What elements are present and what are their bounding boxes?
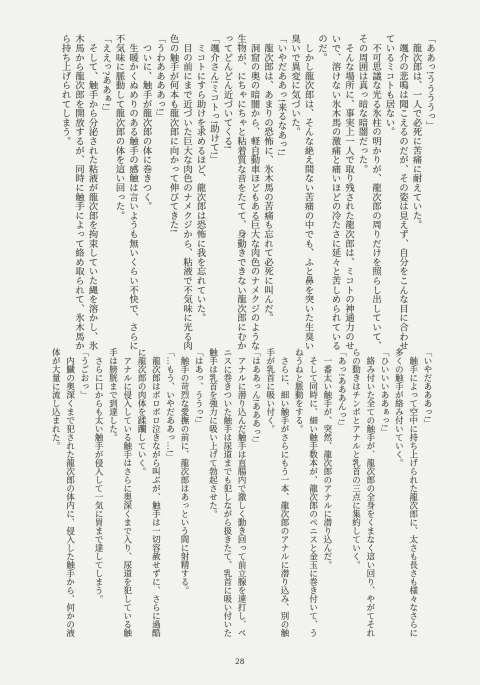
narration-paragraph: そんな場所に、事実上一人で取り残された龍次郎は、ミコトの神通力のせいで、溶けない…	[314, 34, 355, 352]
dialogue-paragraph: 「はああっん!あああっ!」	[249, 348, 263, 638]
upper-text-block: 「ああっ!ううううっ」 龍次郎は、一人で必死に苦痛に耐えていた。 颯介の悲鳴は聞…	[57, 34, 435, 352]
narration-paragraph: 絡み付いた全ての触手が、龍次郎の全身をくまなく這い回り、やがてそれらの動きはチン…	[349, 348, 378, 638]
dialogue-paragraph: 「ええっ?ああぁ!」	[98, 34, 112, 352]
narration-paragraph: 不可思議な光る氷柱の明かりが、龍次郎の周りだけを照らし出していて、その周囲は真っ…	[354, 34, 381, 352]
narration-paragraph: 龍次郎は、一人で必死に苦痛に耐えていた。	[408, 34, 422, 352]
narration-paragraph: アナルに潜り込んだ触手は直腸内で激しく動き回って前立腺を連打し、ペニスに巻きつい…	[206, 348, 249, 638]
dialogue-paragraph: 「いやだあああっ!」	[421, 348, 435, 638]
page-number: 28	[0, 656, 480, 666]
dialogue-paragraph: 「うわああああっ!」	[152, 34, 166, 352]
narration-paragraph: そして、触手から分泌された粘液が龍次郎を拘束していた縄を溶かし、氷木馬から龍次郎…	[57, 34, 98, 352]
dialogue-paragraph: 「あっ!あああんっ!」	[335, 348, 349, 638]
narration-paragraph: ついに、触手が龍次郎の体に巻きつく。	[138, 34, 152, 352]
narration-paragraph: 触手によって空中に持ち上げられた龍次郎に、太さも長さも様々なさらに多くの触手が絡…	[392, 348, 421, 638]
dialogue-paragraph: 「…もう、いやだああっ…!」	[163, 348, 177, 638]
dialogue-paragraph: 「はあっ、ううっ!」	[192, 348, 206, 638]
narration-paragraph: 颯介の悲鳴は聞こえるのだが、その姿は見えず、自分をこんな目に合わせているミコトも…	[381, 34, 408, 352]
dialogue-paragraph: 「颯介さん!ミコトっ!助けて!」	[206, 34, 220, 352]
narration-paragraph: 内臓の奥深くまで犯された龍次郎の体内に、侵入した触手から、何かの液体が大量に流し…	[49, 348, 78, 638]
dialogue-paragraph: 「ああっ!ううううっ」	[422, 34, 436, 352]
dialogue-paragraph: 「ひいいいああぁっ!」	[378, 348, 392, 638]
narration-paragraph: 洞窟の奥の暗闇から、軽自動車ほどもある巨大な肉色のナメクジのような生物が、にちゃ…	[219, 34, 260, 352]
dialogue-paragraph: 「いやだああっ!来るなあっ!」	[273, 34, 287, 352]
narration-paragraph: 龍次郎はボロボロ泣きながら叫ぶが、触手は一切容赦せずに、さらに過酷に龍次郎の肉体…	[135, 348, 164, 638]
narration-paragraph: 一番太い触手が、突然、龍次郎のアナルに潜り込んだ。	[321, 348, 335, 638]
lower-text-block: 「いやだあああっ!」 触手によって空中に持ち上げられた龍次郎に、太さも長さも様々…	[49, 348, 435, 638]
narration-paragraph: 生暖かくぬめりのある触手の感触は言いようも無いくらい不快で、さらに不気味に脈動し…	[111, 34, 138, 352]
narration-paragraph: 目の前にまで近づいた巨大な肉色のナメクジから、粘液で不気味に光る肉色の触手が何本…	[165, 34, 192, 352]
narration-paragraph: 龍次郎は、あまりの恐怖に、氷木馬の苦痛も忘れて必死に叫んだ。	[260, 34, 274, 352]
narration-paragraph: ミコトにすら助けを求めるほど、龍次郎は恐怖に我を忘れていた。	[192, 34, 206, 352]
novel-page: 「ああっ!ううううっ」 龍次郎は、一人で必死に苦痛に耐えていた。 颯介の悲鳴は聞…	[0, 0, 480, 685]
narration-paragraph: 触手の苛烈な愛撫の前に、龍次郎はあっという間に射精する。	[178, 348, 192, 638]
narration-paragraph: アナルに侵入している触手はさらに奥深くまで入り、尿道を犯している触手は膀胱まで到…	[106, 348, 135, 638]
narration-paragraph: さらに口からも太い触手が侵入して一気に胃まで達してしまう。	[92, 348, 106, 638]
narration-paragraph: しかし龍次郎は、そんな絶え間ない苦痛の中でも、ふと鼻を突いた生臭い臭いで異変に気…	[287, 34, 314, 352]
dialogue-paragraph: 「うごおっ」	[78, 348, 92, 638]
narration-paragraph: そして同時に、細い触手数本が、龍次郎のペニスと金玉に巻き付いて、うねうねと脈動を…	[292, 348, 321, 638]
narration-paragraph: さらに、細い触手がさらにもう一本、龍次郎のアナルに潜り込み、別の触手が乳首に吸い…	[263, 348, 292, 638]
